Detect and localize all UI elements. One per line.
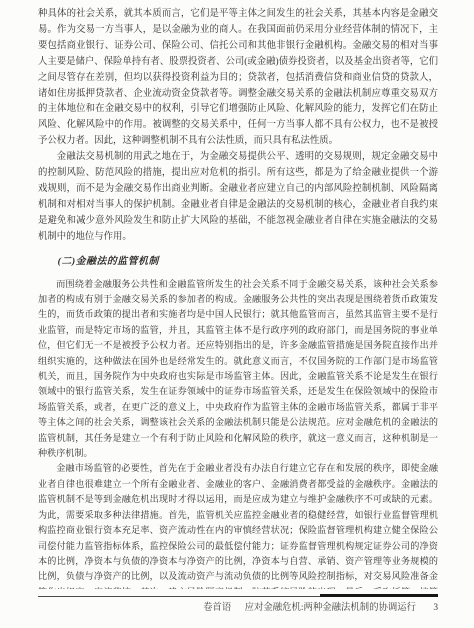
section-heading: (二)金融法的监管机制	[58, 255, 438, 269]
paragraph-trading-mechanism: 金融法交易机制的用武之地在于，为金融交易提供公平、透明的交易规则，规定金融交易中…	[38, 150, 438, 245]
paragraph-regulation-necessity: 金融市场监管的必要性，首先在于金融业者没有办法自行建立它存在和发展的秩序，即使金…	[38, 461, 438, 589]
footer-rule-thick	[320, 594, 438, 597]
page-number: 3	[433, 603, 438, 613]
running-section: 卷首语	[203, 603, 231, 613]
paragraph-regulation-mechanism: 而围绕着金融服务公共性和金融监管所发生的社会关系不同于金融交易关系，该种社会关系…	[38, 277, 438, 462]
page-footer: 卷首语 应对金融危机:两种金融法机制的协调运行 3	[38, 593, 438, 614]
document-page: 种具体的社会关系，就其本质而言，它们是平等主体之间发生的社会关系，其基本内容是金…	[0, 0, 474, 628]
footer-text: 卷首语 应对金融危机:两种金融法机制的协调运行 3	[38, 602, 438, 614]
footer-rule-thin	[38, 596, 320, 597]
body-text: 种具体的社会关系，就其本质而言，它们是平等主体之间发生的社会关系，其基本内容是金…	[38, 7, 438, 589]
running-title: 应对金融危机:两种金融法机制的协调运行	[245, 603, 416, 613]
footer-rule	[38, 593, 438, 597]
paragraph-continuation: 种具体的社会关系，就其本质而言，它们是平等主体之间发生的社会关系，其基本内容是金…	[38, 7, 438, 150]
